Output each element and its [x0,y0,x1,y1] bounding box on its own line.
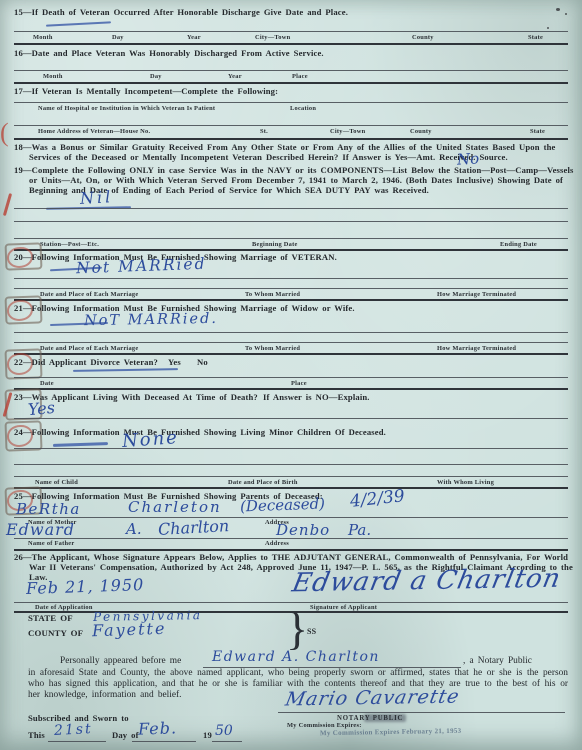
col-label-county: County [412,34,434,41]
label-year-prefix: 19 [203,731,212,741]
rule-line [212,741,242,742]
col-label-beginning-date: Beginning Date [252,241,298,248]
rule-line-heavy [14,487,568,489]
rule-line-heavy [14,82,568,84]
rule-line [14,538,568,539]
label-this: This [28,731,45,741]
rule-line [14,342,568,343]
col-label-hospital: Name of Hospital or Institution in Which… [38,105,215,112]
col-label-city-town: City—Town [330,128,365,135]
col-label-place: Place [291,380,307,387]
col-label-with-whom-living: With Whom Living [437,479,494,486]
col-label-day: Day [150,73,162,80]
handwritten-year: 50 [215,723,233,739]
rule-line [14,125,568,126]
label-day-of: Day of [112,731,139,741]
handwritten-application-date: Feb 21, 1950 [26,575,145,598]
col-label-date-place-birth: Date and Place of Birth [228,479,298,486]
rule-line [14,517,568,518]
handwritten-answer-20: Not MARRied [76,255,207,278]
handwritten-father-state: Pa. [348,521,371,539]
handwritten-answer-23: Yes [27,398,55,419]
question-15: 15—If Death of Veteran Occurred After Ho… [14,8,562,18]
notary-signature: Mario Cavarette [284,685,462,710]
pen-line-mark [73,368,178,372]
handwritten-day: 21st [54,721,93,739]
col-label-location: Location [290,105,316,112]
handwritten-mother-date: 4/2/39 [349,486,406,512]
rule-line [14,278,568,279]
rule-line [14,332,568,333]
paper-speck [556,8,560,11]
appeared-prefix: Personally appeared before me [60,656,181,667]
question-23-explain: If Answer is NO—Explain. [263,393,370,403]
col-label-state: State [530,128,545,135]
question-22: 22—Did Applicant Divorce Veteran? [14,358,158,368]
rule-line [14,221,568,222]
question-18: 18—Was a Bonus or Similar Gratuity Recei… [14,143,581,163]
paper-speck [547,27,549,29]
label-county-of: COUNTY OF [28,629,83,639]
rule-line [278,712,565,713]
handwritten-father-middle: A. [126,520,142,538]
col-label-city-town: City—Town [255,34,290,41]
rule-line-heavy [14,353,568,355]
rule-line [14,70,568,71]
col-label-place: Place [292,73,308,80]
label-signature-of-applicant: Signature of Applicant [310,604,377,611]
commission-stamp: My Commission Expires February 21, 1953 [320,727,462,737]
question-16: 16—Date and Place Veteran Was Honorably … [14,49,562,59]
rule-line [14,288,568,289]
col-label-marriage-date-place: Date and Place of Each Marriage [40,291,138,298]
scanned-form-page: 15—If Death of Veteran Occurred After Ho… [0,0,582,750]
col-label-name-of-child: Name of Child [35,479,78,486]
col-label-county: County [410,128,432,135]
rule-line [14,377,568,378]
handwritten-appeared-name: Edward A. Charlton [212,649,380,665]
label-notary-public: NOTARY PUBLIC [337,715,403,722]
pen-underline-mark [46,21,111,26]
col-label-name-of-father: Name of Father [28,540,74,547]
handwritten-mother-note: (Deceased) [240,495,326,516]
col-label-st: St. [260,128,268,135]
rule-line [14,208,568,209]
rule-line [14,102,568,103]
col-label-to-whom-married: To Whom Married [245,291,300,298]
red-paren-mark: ( [0,118,9,148]
rule-line [14,238,568,239]
handwritten-month: Feb. [138,718,178,738]
col-label-month: Month [33,34,53,41]
handwritten-mother-last: Charleton [128,498,222,516]
question-17: 17—If Veteran Is Mentally Incompetent—Co… [14,87,562,97]
col-label-home-address: Home Address of Veteran—House No. [38,128,150,135]
rule-line-heavy [14,388,568,390]
rule-line [14,448,568,449]
question-24: 24—Following Information Must Be Furnish… [14,428,562,438]
col-label-to-whom-married: To Whom Married [245,345,300,352]
handwritten-answer-21: NoT MARRied. [84,311,218,329]
handwritten-father-first: Edward [6,520,75,539]
rule-line [14,476,568,477]
rule-line-heavy [14,43,568,45]
appeared-suffix: , a Notary Public [463,656,532,667]
rule-line-heavy [14,249,568,251]
col-label-year: Year [187,34,201,41]
col-label-year: Year [228,73,242,80]
rule-line [14,31,568,32]
handwritten-father-town: Denbo [276,521,330,539]
handwritten-mother-first: BeRtha [16,500,81,518]
option-no: No [197,358,208,368]
handwritten-answer-19: Nil [80,187,114,208]
col-label-how-terminated: How Marriage Terminated [437,345,516,352]
handwritten-county: Fayette [92,619,167,641]
rule-line [14,464,568,465]
col-label-station: Station—Post—Etc. [40,241,99,248]
label-date-of-application: Date of Application [35,604,93,611]
col-label-address: Address [265,540,289,547]
option-yes: Yes [168,358,181,368]
handwritten-father-last: Charlton [158,516,230,539]
rule-line-heavy [14,549,568,551]
applicant-signature: Edward a Charlton [290,564,564,599]
col-label-how-terminated: How Marriage Terminated [437,291,516,298]
label-state-of: STATE OF [28,614,73,624]
rule-line [14,418,568,419]
rule-line [48,741,106,742]
col-label-marriage-date-place: Date and Place of Each Marriage [40,345,138,352]
paper-speck [565,13,567,15]
rule-line-heavy [14,138,568,140]
red-check-mark [3,193,12,216]
rule-line-heavy [14,299,568,301]
label-ss: SS [307,627,316,637]
col-label-month: Month [43,73,63,80]
rule-line [132,741,196,742]
ss-brace: } [286,604,308,654]
col-label-ending-date: Ending Date [500,241,537,248]
col-label-day: Day [112,34,124,41]
pen-dash-mark [53,442,108,447]
col-label-state: State [528,34,543,41]
col-label-date: Date [40,380,54,387]
